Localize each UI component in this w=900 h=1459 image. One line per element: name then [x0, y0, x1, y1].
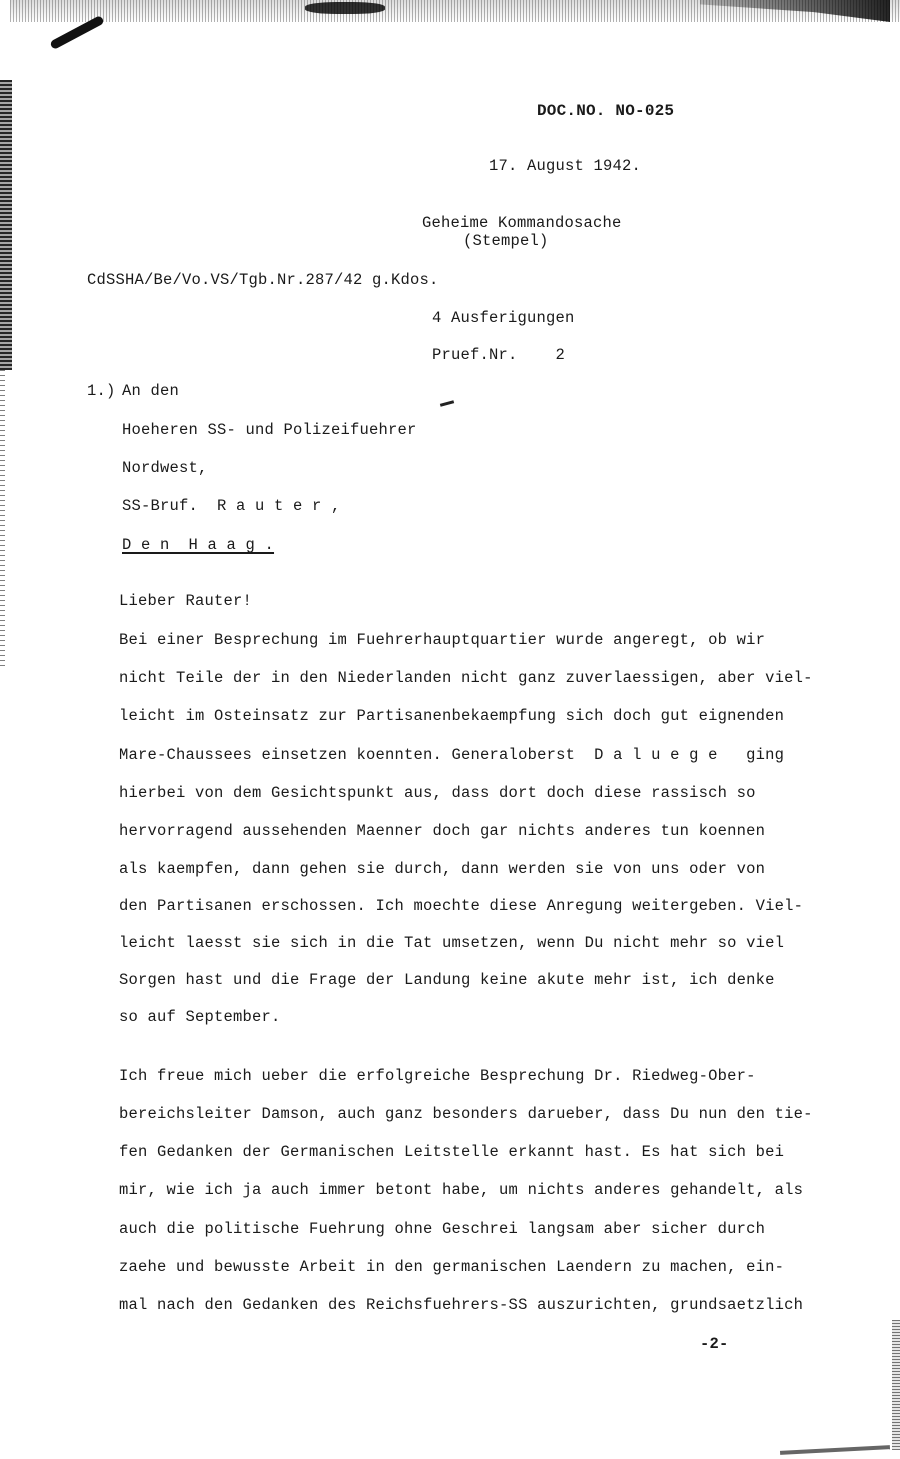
- address-line: Hoeheren SS- und Polizeifuehrer: [122, 421, 417, 439]
- scan-artifact: [305, 2, 385, 14]
- body-line: so auf September.: [119, 1008, 281, 1026]
- page-continuation-marker: -2-: [700, 1335, 729, 1353]
- address-line: Nordwest,: [122, 459, 208, 477]
- scan-edge-left: [0, 80, 12, 370]
- address-line: An den: [122, 382, 179, 400]
- body-line: fen Gedanken der Germanischen Leitstelle…: [119, 1143, 784, 1161]
- scan-edge-right: [892, 1320, 900, 1450]
- salutation: Lieber Rauter!: [119, 592, 252, 610]
- body-line: mir, wie ich ja auch immer betont habe, …: [119, 1181, 803, 1199]
- body-line: nicht Teile der in den Niederlanden nich…: [119, 669, 813, 687]
- address-number: 1.): [87, 382, 116, 400]
- copy-number: Pruef.Nr. 2: [432, 346, 565, 364]
- scan-edge-bottom: [780, 1445, 890, 1455]
- address-city: D e n H a a g .: [122, 536, 274, 554]
- copies-count: 4 Ausferigungen: [432, 309, 575, 327]
- body-line: leicht im Osteinsatz zur Partisanenbekae…: [119, 707, 784, 725]
- body-line: als kaempfen, dann gehen sie durch, dann…: [119, 860, 765, 878]
- body-line: auch die politische Fuehrung ohne Geschr…: [119, 1220, 765, 1238]
- document-date: 17. August 1942.: [489, 157, 641, 175]
- address-line: SS-Bruf. R a u t e r ,: [122, 497, 341, 515]
- body-line: hierbei von dem Gesichtspunkt aus, dass …: [119, 784, 756, 802]
- body-line: Bei einer Besprechung im Fuehrerhauptqua…: [119, 631, 765, 649]
- body-line: hervorragend aussehenden Maenner doch ga…: [119, 822, 765, 840]
- body-line: bereichsleiter Damson, auch ganz besonde…: [119, 1105, 813, 1123]
- body-line: Ich freue mich ueber die erfolgreiche Be…: [119, 1067, 756, 1085]
- stray-ink-mark: [440, 400, 454, 407]
- scan-edge-left-faint: [0, 370, 5, 670]
- reference-number: CdSSHA/Be/Vo.VS/Tgb.Nr.287/42 g.Kdos.: [87, 271, 439, 289]
- body-line: Sorgen hast und die Frage der Landung ke…: [119, 971, 775, 989]
- body-line: mal nach den Gedanken des Reichsfuehrers…: [119, 1296, 803, 1314]
- document-number: DOC.NO. NO-025: [537, 102, 674, 120]
- classification-label: Geheime Kommandosache: [422, 214, 622, 232]
- body-line: leicht laesst sie sich in die Tat umsetz…: [119, 934, 784, 952]
- body-line: den Partisanen erschossen. Ich moechte d…: [119, 897, 803, 915]
- stamp-note: (Stempel): [463, 232, 549, 250]
- body-line: zaehe und bewusste Arbeit in den germani…: [119, 1258, 784, 1276]
- body-line: Mare-Chaussees einsetzen koennten. Gener…: [119, 746, 784, 764]
- scanned-document-page: DOC.NO. NO-025 17. August 1942. Geheime …: [0, 0, 900, 1459]
